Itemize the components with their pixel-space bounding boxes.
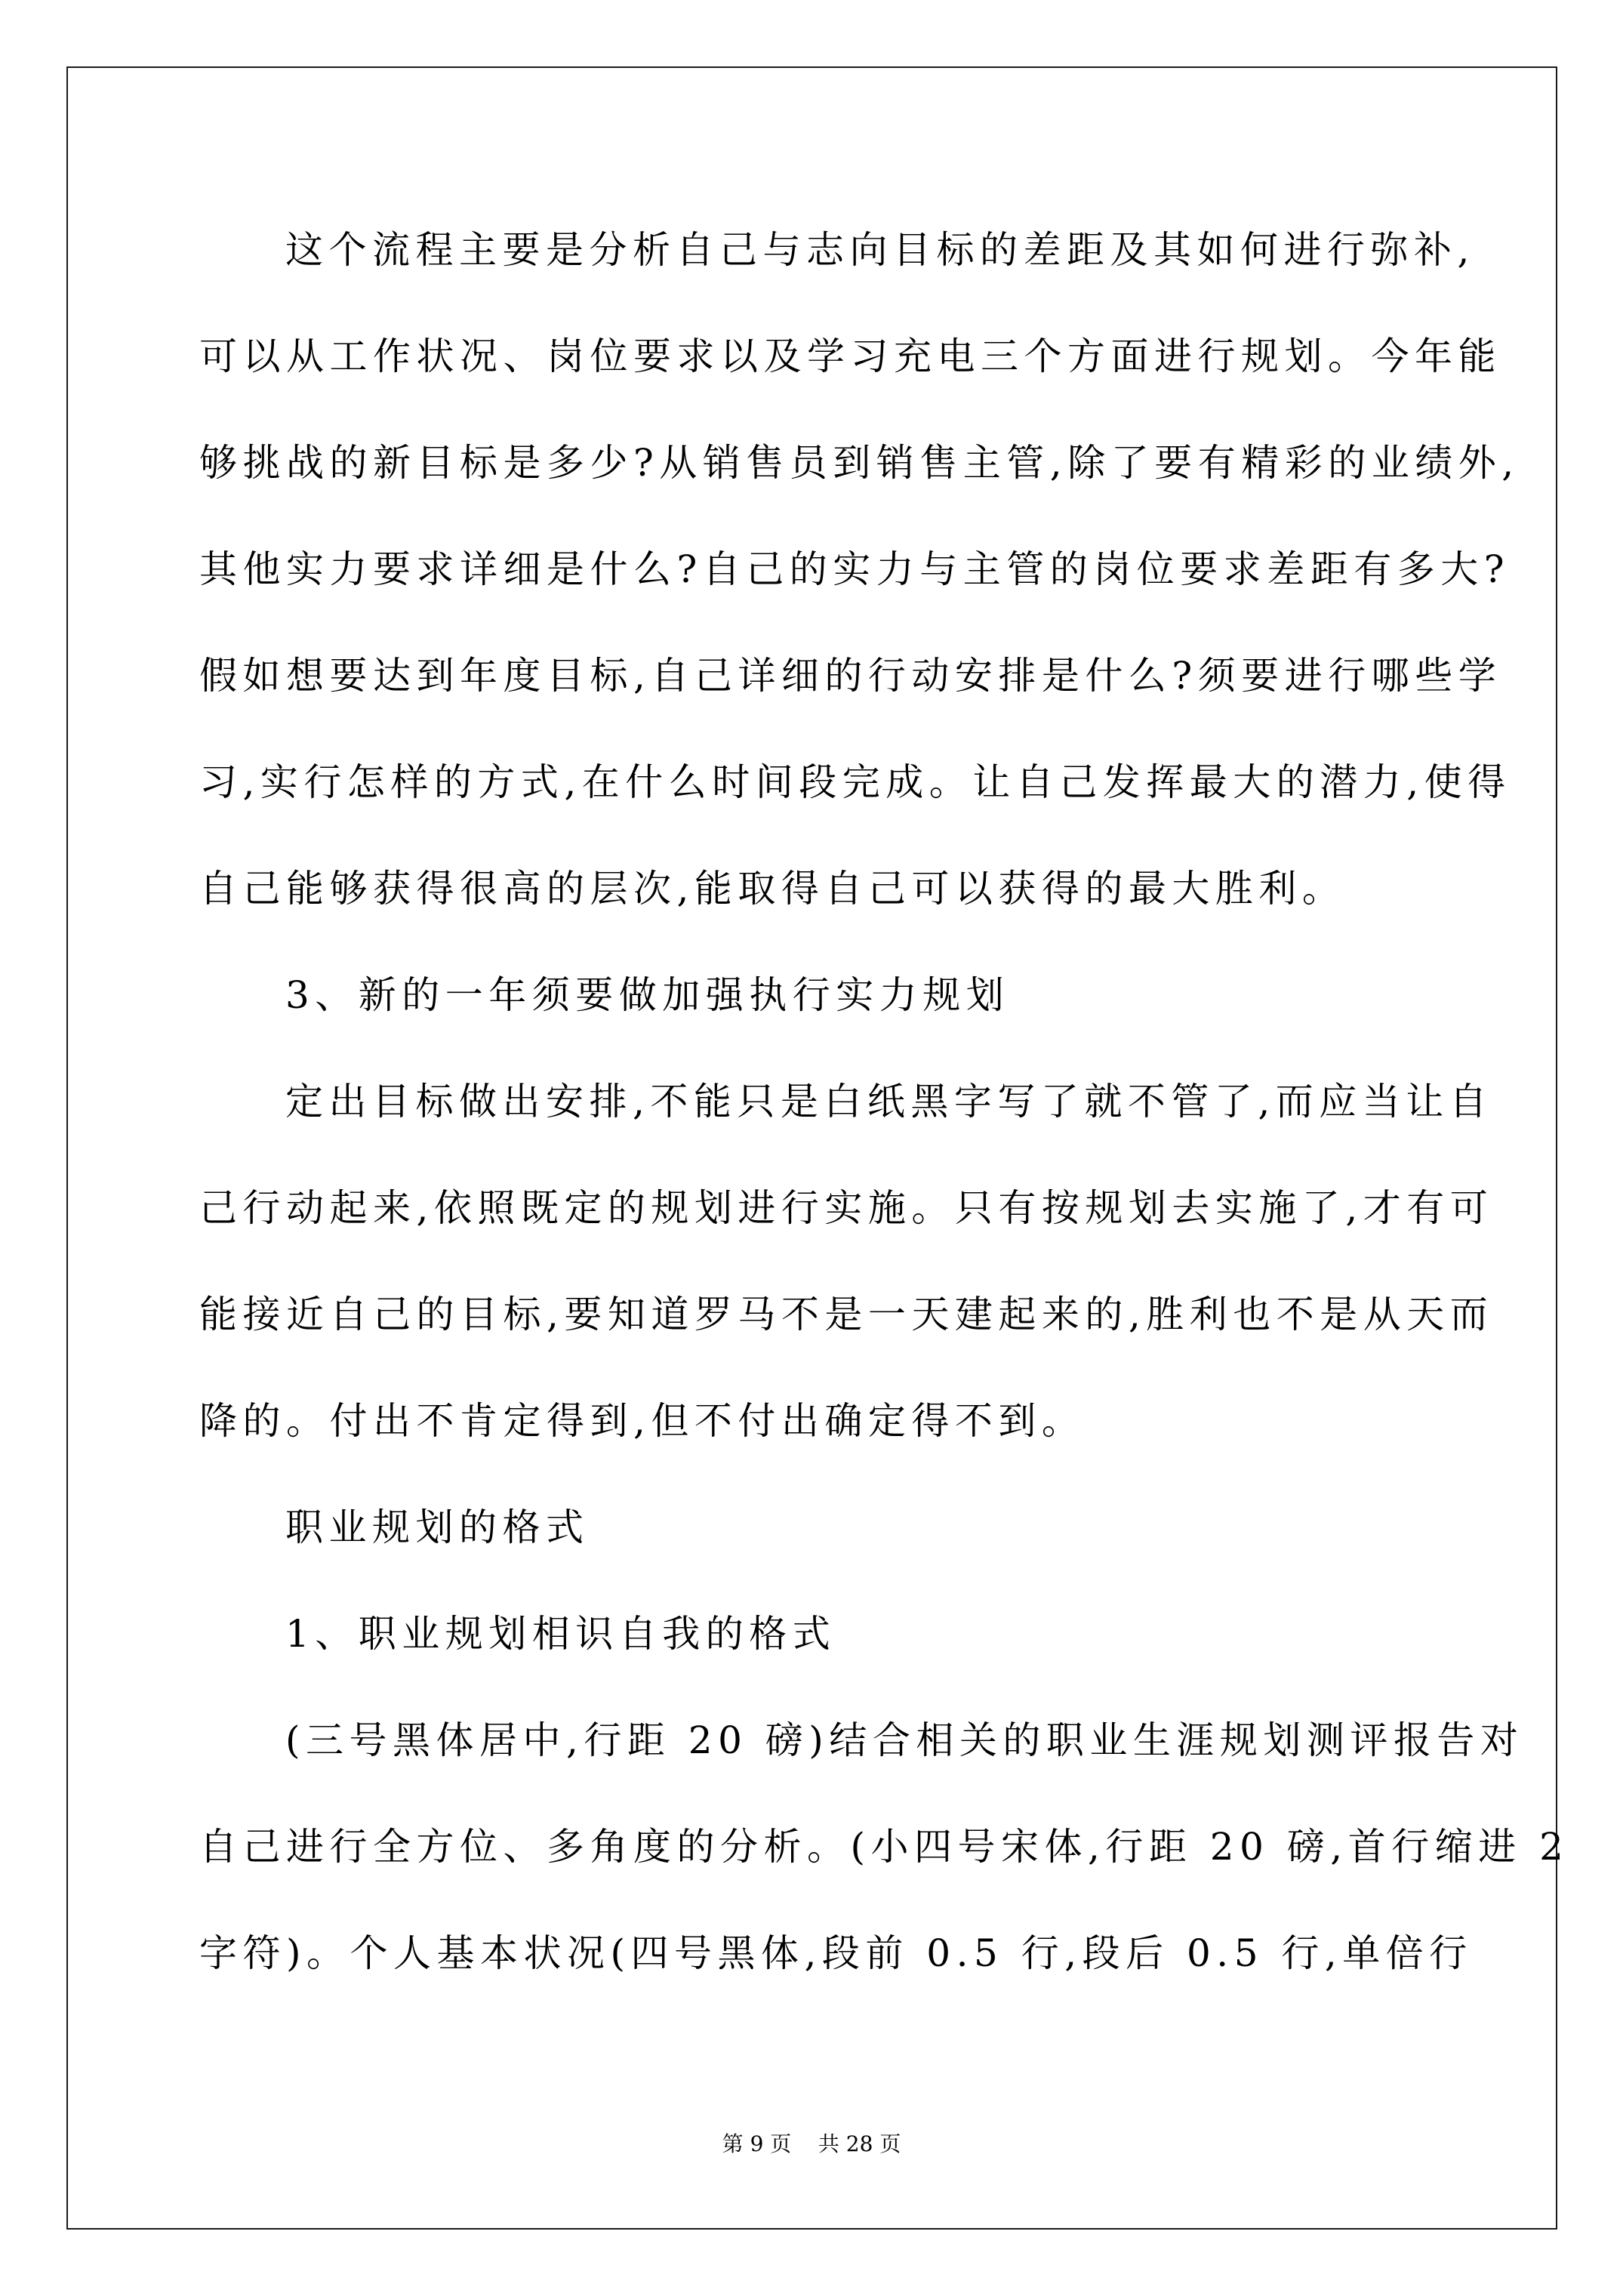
paragraph-line: 这个流程主要是分析自己与志向目标的差距及其如何进行弥补, (199, 197, 1483, 304)
paragraph-line: 能接近自己的目标,要知道罗马不是一天建起来的,胜利也不是从天而 (199, 1262, 1483, 1368)
paragraph-line: 可以从工作状况、岗位要求以及学习充电三个方面进行规划。今年能 (199, 304, 1483, 410)
page-number-footer: 第 9 页 共 28 页 (0, 2131, 1623, 2158)
paragraph-line: 自己进行全方位、多角度的分析。(小四号宋体,行距 20 磅,首行缩进 2 (199, 1794, 1483, 1900)
paragraph-line: 假如想要达到年度目标,自己详细的行动安排是什么?须要进行哪些学 (199, 623, 1483, 729)
paragraph-line: (三号黑体居中,行距 20 磅)结合相关的职业生涯规划测评报告对 (199, 1687, 1483, 1794)
paragraph-line: 其他实力要求详细是什么?自己的实力与主管的岗位要求差距有多大? (199, 516, 1483, 623)
subsection-heading: 1、职业规划相识自我的格式 (199, 1581, 1483, 1687)
section-heading: 3、新的一年须要做加强执行实力规划 (199, 942, 1483, 1049)
paragraph-line: 己行动起来,依照既定的规划进行实施。只有按规划去实施了,才有可 (199, 1155, 1483, 1262)
document-body: 这个流程主要是分析自己与志向目标的差距及其如何进行弥补, 可以从工作状况、岗位要… (199, 197, 1483, 2007)
paragraph-line: 自己能够获得很高的层次,能取得自己可以获得的最大胜利。 (199, 836, 1483, 942)
paragraph-line: 习,实行怎样的方式,在什么时间段完成。让自己发挥最大的潜力,使得 (199, 729, 1483, 836)
section-heading: 职业规划的格式 (199, 1475, 1483, 1581)
paragraph-line: 降的。付出不肯定得到,但不付出确定得不到。 (199, 1368, 1483, 1475)
paragraph-line: 够挑战的新目标是多少?从销售员到销售主管,除了要有精彩的业绩外, (199, 410, 1483, 516)
paragraph-line: 定出目标做出安排,不能只是白纸黑字写了就不管了,而应当让自 (199, 1049, 1483, 1155)
paragraph-line: 字符)。个人基本状况(四号黑体,段前 0.5 行,段后 0.5 行,单倍行 (199, 1900, 1483, 2007)
